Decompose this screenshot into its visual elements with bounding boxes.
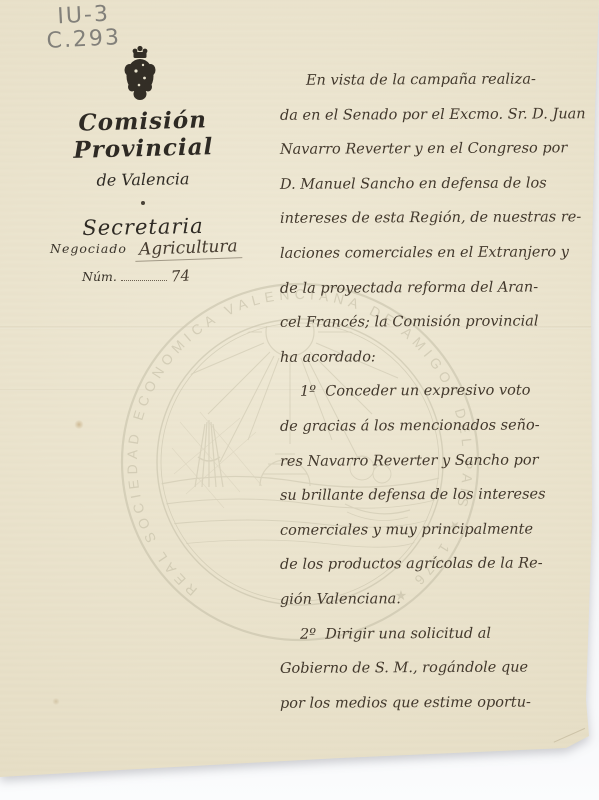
age-spot: [52, 698, 60, 705]
body-line-item-2: 2º Dirigir una solicitud al: [280, 625, 598, 661]
paper-shadow: IU-3 C.293: [0, 0, 599, 800]
negociado-handwritten-value: Agricultura: [134, 236, 241, 262]
royal-crest-stamp-icon: [120, 44, 160, 108]
body-line: Navarro Reverter y en el Congreso por: [280, 140, 598, 176]
negociado-row: Negociado Agricultura: [50, 238, 260, 260]
body-line-item-1: 1º Conceder un expresivo voto: [280, 383, 598, 419]
pencil-annotation-line1: IU-3: [57, 2, 121, 29]
handwritten-body: En vista de la campaña realiza- da en el…: [280, 72, 598, 729]
body-line: gión Valenciana.: [280, 590, 598, 626]
body-line: intereses de esta Región, de nuestras re…: [280, 210, 598, 246]
body-line: de gracias á los mencionados seño-: [280, 417, 598, 453]
seal-pastoral-scene: [160, 286, 440, 547]
scanned-document-view: IU-3 C.293: [0, 0, 599, 800]
body-line: por los medios que estime oportu-: [280, 694, 598, 730]
document-paper: IU-3 C.293: [0, 0, 599, 800]
letterhead-department: Secretaria: [18, 213, 268, 241]
society-watermark-seal: REAL SOCIEDAD ECONOMICA VALENCIANA DE AM…: [110, 272, 490, 652]
body-line: comerciales y muy principalmente: [280, 521, 598, 557]
letterhead-place: de Valencia: [18, 168, 268, 191]
body-line: da en el Senado por el Excmo. Sr. D. Jua…: [280, 106, 598, 142]
seal-sun-icon: [266, 308, 314, 356]
seal-beehive-icon: [260, 454, 310, 486]
body-line: su brillante defensa de los intereses: [280, 486, 598, 522]
corner-fold-line: [554, 728, 593, 759]
body-line: de los productos agrícolas de la Re-: [280, 555, 598, 591]
body-line: cel Francés; la Comisión provincial: [280, 313, 598, 349]
paper-crease: [0, 389, 330, 391]
number-label: Núm.: [82, 269, 117, 284]
body-line: D. Manuel Sancho en defensa de los: [280, 175, 598, 211]
body-line: res Navarro Reverter y Sancho por: [280, 452, 598, 488]
letterhead-organization: Comisión Provincial: [17, 105, 268, 166]
document-number-row: Núm. 74: [82, 267, 242, 285]
body-line: Gobierno de S. M., rogándole que: [280, 659, 598, 695]
seal-ring-text: REAL SOCIEDAD ECONOMICA VALENCIANA DE AM…: [124, 286, 476, 609]
body-line: de la proyectada reforma del Aran-: [280, 279, 598, 315]
seal-outer-circle: [122, 284, 478, 640]
seal-wheat-sheaf-icon: [195, 420, 223, 487]
pencil-annotation: IU-3 C.293: [45, 2, 122, 54]
body-line: En vista de la campaña realiza-: [280, 71, 598, 107]
number-handwritten-value: 74: [170, 266, 190, 285]
body-line: ha acordado:: [280, 348, 598, 384]
number-dotted-line: [121, 268, 167, 281]
paper-crease: [0, 326, 599, 329]
age-spot: [74, 420, 84, 429]
letterhead-ornament-dot: [141, 201, 145, 205]
body-line: laciones comerciales en el Extranjero y: [280, 244, 598, 280]
letterhead: Comisión Provincial de Valencia Secretar…: [18, 108, 268, 239]
pencil-annotation-line2: C.293: [46, 26, 122, 54]
negociado-label: Negociado: [50, 241, 127, 256]
